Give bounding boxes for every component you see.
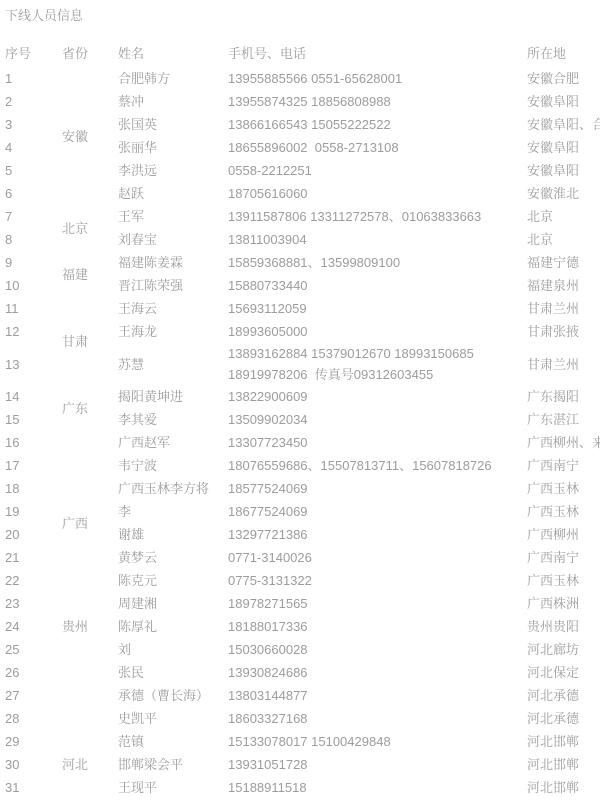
header-phone: 手机号、电话 (223, 37, 522, 67)
location-cell: 安徽阜阳 (522, 90, 600, 113)
location-cell: 甘肃兰州 (522, 343, 600, 385)
table-row: 11甘肃王海云15693112059甘肃兰州 (0, 297, 600, 320)
row-index: 14 (0, 385, 57, 408)
location-cell: 安徽阜阳、合 (522, 113, 600, 136)
location-cell: 安徽合肥 (522, 67, 600, 90)
phone-cell: 0558-2212251 (223, 159, 522, 182)
phone-cell: 15188911518 (223, 776, 522, 799)
name-cell: 张民 (113, 661, 223, 684)
row-index: 11 (0, 297, 57, 320)
location-cell: 广西玉林 (522, 569, 600, 592)
name-cell: 黄梦云 (113, 546, 223, 569)
name-cell: 韦宁波 (113, 454, 223, 477)
row-index: 23 (0, 592, 57, 615)
phone-cell: 18677524069 (223, 500, 522, 523)
location-cell: 甘肃兰州 (522, 297, 600, 320)
phone-cell: 18993605000 (223, 320, 522, 343)
name-cell: 蔡冲 (113, 90, 223, 113)
personnel-table: 序号 省份 姓名 手机号、电话 所在地 1安徽合肥韩方13955885566 0… (0, 37, 600, 799)
row-index: 25 (0, 638, 57, 661)
name-cell: 广西玉林李方将 (113, 477, 223, 500)
header-location: 所在地 (522, 37, 600, 67)
location-cell: 广西株洲 (522, 592, 600, 615)
phone-cell: 18188017336 (223, 615, 522, 638)
name-cell: 承德（曹长海） (113, 684, 223, 707)
name-cell: 广西赵军 (113, 431, 223, 454)
location-cell: 甘肃张掖 (522, 320, 600, 343)
row-index: 6 (0, 182, 57, 205)
name-cell: 邯郸梁会平 (113, 753, 223, 776)
name-cell: 王海云 (113, 297, 223, 320)
location-cell: 广西玉林 (522, 500, 600, 523)
name-cell: 刘春宝 (113, 228, 223, 251)
name-cell: 范镇 (113, 730, 223, 753)
row-index: 4 (0, 136, 57, 159)
table-header: 序号 省份 姓名 手机号、电话 所在地 (0, 37, 600, 67)
name-cell: 王海龙 (113, 320, 223, 343)
location-cell: 广东湛江 (522, 408, 600, 431)
name-cell: 合肥韩方 (113, 67, 223, 90)
name-cell: 赵跃 (113, 182, 223, 205)
table-row: 9福建福建陈姜霖15859368881、13599809100福建宁德 (0, 251, 600, 274)
province-cell: 河北 (57, 638, 113, 799)
header-index: 序号 (0, 37, 57, 67)
location-cell: 福建宁德 (522, 251, 600, 274)
location-cell: 广西柳州 (522, 523, 600, 546)
phone-cell: 13930824686 (223, 661, 522, 684)
location-cell: 广西南宁 (522, 454, 600, 477)
phone-cell: 15693112059 (223, 297, 522, 320)
page-title: 下线人员信息 (0, 0, 600, 23)
phone-cell: 13803144877 (223, 684, 522, 707)
row-index: 21 (0, 546, 57, 569)
location-cell: 河北承德 (522, 684, 600, 707)
phone-cell: 13509902034 (223, 408, 522, 431)
name-cell: 福建陈姜霖 (113, 251, 223, 274)
table-row: 14广东揭阳黄坤进13822900609广东揭阳 (0, 385, 600, 408)
location-cell: 广西南宁 (522, 546, 600, 569)
row-index: 3 (0, 113, 57, 136)
location-cell: 安徽淮北 (522, 182, 600, 205)
row-index: 18 (0, 477, 57, 500)
row-index: 20 (0, 523, 57, 546)
phone-cell: 13866166543 15055222522 (223, 113, 522, 136)
location-cell: 广西玉林 (522, 477, 600, 500)
phone-cell: 13911587806 13311272578、01063833663 (223, 205, 522, 228)
name-cell: 李 (113, 500, 223, 523)
row-index: 10 (0, 274, 57, 297)
location-cell: 北京 (522, 228, 600, 251)
row-index: 15 (0, 408, 57, 431)
name-cell: 张国英 (113, 113, 223, 136)
row-index: 5 (0, 159, 57, 182)
location-cell: 广东揭阳 (522, 385, 600, 408)
name-cell: 周建湘 (113, 592, 223, 615)
table-row: 7北京王军13911587806 13311272578、01063833663… (0, 205, 600, 228)
phone-cell: 13307723450 (223, 431, 522, 454)
province-cell: 广东 (57, 385, 113, 431)
phone-cell: 13811003904 (223, 228, 522, 251)
row-index: 24 (0, 615, 57, 638)
name-cell: 史凯平 (113, 707, 223, 730)
phone-cell: 13893162884 15379012670 18993150685 1891… (223, 343, 522, 385)
location-cell: 河北邯郸 (522, 753, 600, 776)
table-row: 25河北刘15030660028河北廊坊 (0, 638, 600, 661)
name-cell: 谢雄 (113, 523, 223, 546)
row-index: 27 (0, 684, 57, 707)
location-cell: 河北邯郸 (522, 776, 600, 799)
province-cell: 贵州 (57, 615, 113, 638)
phone-cell: 18577524069 (223, 477, 522, 500)
phone-cell: 13931051728 (223, 753, 522, 776)
province-cell: 北京 (57, 205, 113, 251)
phone-cell: 0775-3131322 (223, 569, 522, 592)
row-index: 13 (0, 343, 57, 385)
table-row: 1安徽合肥韩方13955885566 0551-65628001安徽合肥 (0, 67, 600, 90)
phone-cell: 13955874325 18856808988 (223, 90, 522, 113)
phone-cell: 18076559686、15507813711、15607818726 (223, 454, 522, 477)
row-index: 8 (0, 228, 57, 251)
name-cell: 李洪远 (113, 159, 223, 182)
row-index: 16 (0, 431, 57, 454)
location-cell: 河北邯郸 (522, 730, 600, 753)
name-cell: 苏慧 (113, 343, 223, 385)
row-index: 31 (0, 776, 57, 799)
location-cell: 贵州贵阳 (522, 615, 600, 638)
location-cell: 河北保定 (522, 661, 600, 684)
row-index: 30 (0, 753, 57, 776)
location-cell: 北京 (522, 205, 600, 228)
phone-cell: 15030660028 (223, 638, 522, 661)
phone-cell: 15133078017 15100429848 (223, 730, 522, 753)
phone-cell: 13297721386 (223, 523, 522, 546)
phone-cell: 15859368881、13599809100 (223, 251, 522, 274)
table-row: 16广西广西赵军13307723450广西柳州、来 (0, 431, 600, 454)
location-cell: 河北廊坊 (522, 638, 600, 661)
row-index: 22 (0, 569, 57, 592)
phone-cell: 13822900609 (223, 385, 522, 408)
row-index: 2 (0, 90, 57, 113)
phone-cell: 0771-3140026 (223, 546, 522, 569)
phone-cell: 18603327168 (223, 707, 522, 730)
name-cell: 陈厚礼 (113, 615, 223, 638)
phone-cell: 18705616060 (223, 182, 522, 205)
phone-cell: 18655896002 0558-2713108 (223, 136, 522, 159)
province-cell: 甘肃 (57, 297, 113, 385)
province-cell: 福建 (57, 251, 113, 297)
phone-cell: 15880733440 (223, 274, 522, 297)
name-cell: 张丽华 (113, 136, 223, 159)
row-index: 12 (0, 320, 57, 343)
name-cell: 晋江陈荣强 (113, 274, 223, 297)
header-province: 省份 (57, 37, 113, 67)
row-index: 26 (0, 661, 57, 684)
location-cell: 安徽阜阳 (522, 159, 600, 182)
name-cell: 刘 (113, 638, 223, 661)
location-cell: 河北承德 (522, 707, 600, 730)
name-cell: 王军 (113, 205, 223, 228)
header-name: 姓名 (113, 37, 223, 67)
province-cell: 安徽 (57, 67, 113, 205)
phone-cell: 18978271565 (223, 592, 522, 615)
table-row: 24贵州陈厚礼18188017336贵州贵阳 (0, 615, 600, 638)
row-index: 7 (0, 205, 57, 228)
name-cell: 王现平 (113, 776, 223, 799)
name-cell: 陈克元 (113, 569, 223, 592)
row-index: 9 (0, 251, 57, 274)
location-cell: 安徽阜阳 (522, 136, 600, 159)
location-cell: 福建泉州 (522, 274, 600, 297)
location-cell: 广西柳州、来 (522, 431, 600, 454)
row-index: 17 (0, 454, 57, 477)
name-cell: 揭阳黄坤进 (113, 385, 223, 408)
row-index: 29 (0, 730, 57, 753)
table-body: 1安徽合肥韩方13955885566 0551-65628001安徽合肥2蔡冲1… (0, 67, 600, 799)
row-index: 28 (0, 707, 57, 730)
row-index: 1 (0, 67, 57, 90)
header-row: 序号 省份 姓名 手机号、电话 所在地 (0, 37, 600, 67)
name-cell: 李其爱 (113, 408, 223, 431)
province-cell: 广西 (57, 431, 113, 615)
phone-cell: 13955885566 0551-65628001 (223, 67, 522, 90)
row-index: 19 (0, 500, 57, 523)
